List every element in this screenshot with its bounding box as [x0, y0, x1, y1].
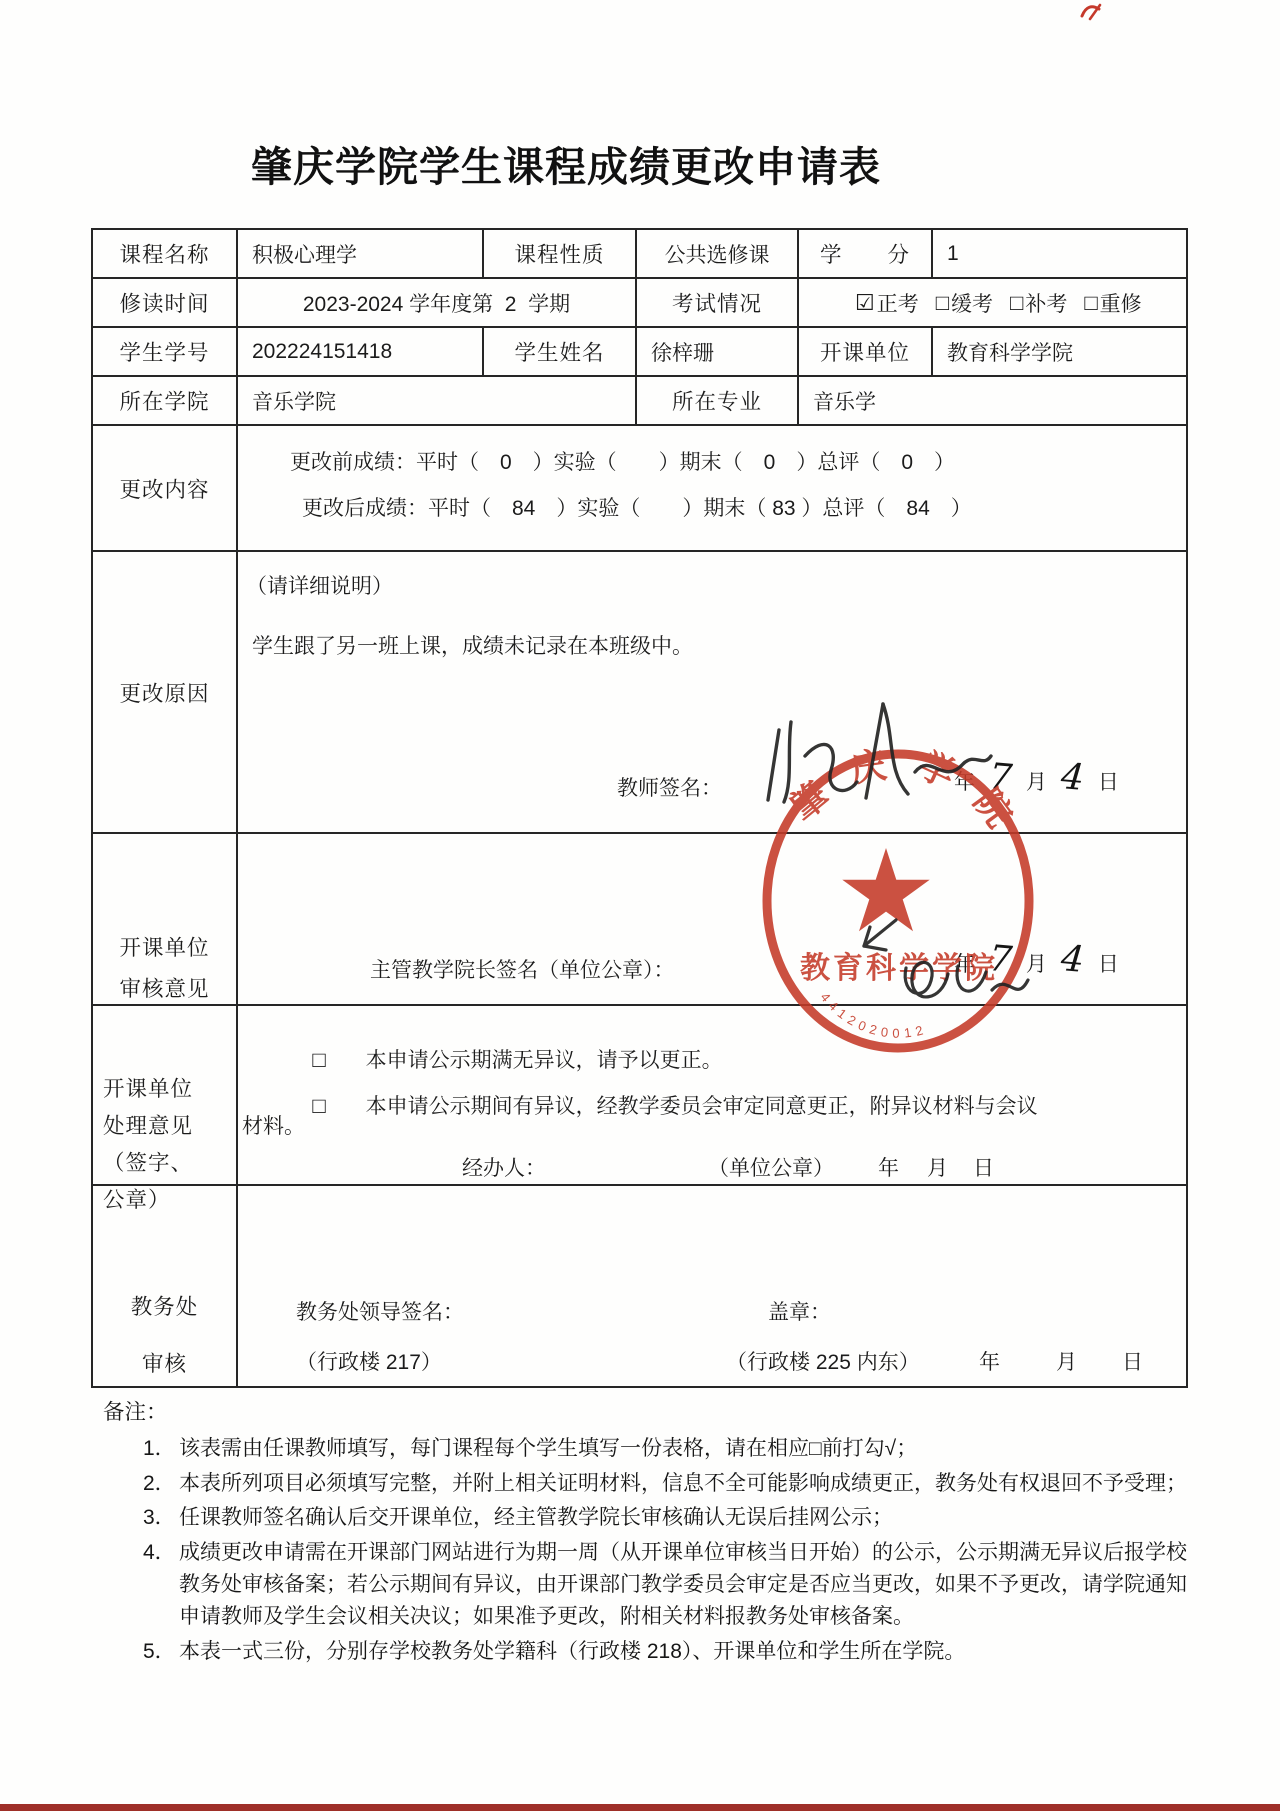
- decision-option-2-text: 本申请公示期间有异议，经教学委员会审定同意更正，附异议材料与会议: [366, 1095, 1038, 1118]
- checkbox-icon: □: [936, 290, 949, 316]
- note-number: 1．: [143, 1433, 179, 1465]
- operator-seal-hint: （单位公章）: [708, 1152, 834, 1182]
- unit-review-value: 主管教学院长签名（单位公章）： 年 7 月 4 日: [238, 834, 1186, 1004]
- college-value: 音乐学院: [238, 377, 637, 424]
- page-title: 肇庆学院学生课程成绩更改申请表: [91, 134, 1041, 193]
- note-item-1: 1． 该表需由任课教师填写，每门课程每个学生填写一份表格，请在相应□前打勾√；: [103, 1433, 1191, 1465]
- note-text: 任课教师签名确认后交开课单位，经主管教学院长审核确认无误后挂网公示；: [179, 1502, 1191, 1534]
- major-label: 所在专业: [637, 377, 799, 424]
- exam-option-retake: □ 重修: [1084, 288, 1141, 318]
- academic-review-label: 教务处 审核: [93, 1186, 238, 1386]
- student-name-label: 学生姓名: [484, 328, 637, 375]
- scanned-form-page: 肇庆学院学生课程成绩更改申请表 课程名称 积极心理学 课程性质 公共选修课 学 …: [0, 0, 1280, 1811]
- decision-option-2-wrap: 材料。: [242, 1110, 305, 1140]
- teacher-sign-label: 教师签名：: [617, 772, 722, 802]
- checkbox-icon: □: [1010, 290, 1023, 316]
- academic-sign-location: （行政楼 217）: [296, 1346, 442, 1376]
- unit-review-label-line2: 审核意见: [93, 972, 236, 1003]
- exam-option-label: 缓考: [951, 288, 993, 318]
- note-number: 2．: [143, 1468, 179, 1500]
- day-char: 日: [1098, 766, 1119, 796]
- exam-status-options: ☑ 正考 □ 缓考 □ 补考 □ 重修: [799, 279, 1186, 326]
- checkbox-icon: □: [1084, 290, 1097, 316]
- academic-review-value: 教务处领导签名： 盖章： （行政楼 217） （行政楼 225 内东） 年 月 …: [238, 1186, 1186, 1386]
- note-number: 5．: [143, 1636, 179, 1668]
- note-item-3: 3． 任课教师签名确认后交开课单位，经主管教学院长审核确认无误后挂网公示；: [103, 1502, 1191, 1534]
- college-row: 所在学院 音乐学院 所在专业 音乐学: [93, 377, 1186, 426]
- student-name-value: 徐梓珊: [637, 328, 799, 375]
- unit-decision-label-line2: 处理意见: [103, 1109, 193, 1140]
- student-id-label: 学生学号: [93, 328, 238, 375]
- change-content-value: 更改前成绩：平时（ 0 ）实验（ ）期末（ 0 ）总评（ 0 ） 更改后成绩：平…: [238, 426, 1186, 550]
- year-char: 年: [878, 1152, 899, 1182]
- note-text: 本表一式三份，分别存学校教务处学籍科（行政楼 218）、开课单位和学生所在学院。: [179, 1636, 1191, 1668]
- dean-signature-handwriting: [856, 910, 1034, 1028]
- notes-heading: 备注：: [103, 1396, 1191, 1429]
- major-value: 音乐学: [799, 377, 1186, 424]
- offering-unit-label: 开课单位: [799, 328, 933, 375]
- student-id-value: 202224151418: [238, 328, 484, 375]
- exam-option-label: 补考: [1025, 288, 1067, 318]
- exam-option-label: 正考: [877, 288, 919, 318]
- scores-after-line: 更改后成绩：平时（ 84 ）实验（ ）期末（ 83 ）总评（ 84 ）: [302, 492, 972, 522]
- academic-review-label-line1: 教务处: [93, 1290, 236, 1321]
- year-char: 年: [979, 1346, 1000, 1376]
- academic-review-row: 教务处 审核 教务处领导签名： 盖章： （行政楼 217） （行政楼 225 内…: [93, 1186, 1186, 1386]
- unit-decision-value: □本申请公示期满无异议，请予以更正。 □本申请公示期间有异议，经教学委员会审定同…: [238, 1006, 1186, 1184]
- note-text: 成绩更改申请需在开课部门网站进行为期一周（从开课单位审核当日开始）的公示，公示期…: [179, 1537, 1191, 1633]
- course-row: 课程名称 积极心理学 课程性质 公共选修课 学 分 1: [93, 230, 1186, 279]
- operator-label: 经办人：: [462, 1152, 546, 1182]
- credit-label: 学 分: [799, 230, 933, 277]
- unit-decision-label-line1: 开课单位: [103, 1072, 193, 1103]
- checkbox-checked-icon: ☑: [855, 290, 875, 316]
- course-nature-value: 公共选修课: [637, 230, 799, 277]
- handwritten-day-digit: 4: [1059, 759, 1085, 797]
- unit-review-label: 开课单位 审核意见: [93, 834, 238, 1004]
- checkbox-icon: □: [312, 1093, 325, 1118]
- notes-section: 备注： 1． 该表需由任课教师填写，每门课程每个学生填写一份表格，请在相应□前打…: [103, 1396, 1191, 1671]
- scan-edge-line: [0, 1804, 1280, 1811]
- note-item-2: 2． 本表所列项目必须填写完整，并附上相关证明材料，信息不全可能影响成绩更正，教…: [103, 1468, 1191, 1500]
- teacher-signature-handwriting: [763, 690, 995, 832]
- exam-status-label: 考试情况: [637, 279, 799, 326]
- unit-decision-label-line3: （签字、: [103, 1146, 193, 1177]
- note-text: 本表所列项目必须填写完整，并附上相关证明材料，信息不全可能影响成绩更正，教务处有…: [179, 1468, 1191, 1500]
- period-value: 2023-2024 学年度第 2 学期: [238, 279, 637, 326]
- academic-sign-label: 教务处领导签名：: [296, 1296, 464, 1326]
- period-label: 修读时间: [93, 279, 238, 326]
- college-label: 所在学院: [93, 377, 238, 424]
- reason-text: 学生跟了另一班上课，成绩未记录在本班级中。: [252, 630, 693, 660]
- note-number: 3．: [143, 1502, 179, 1534]
- handwritten-day-digit: 4: [1059, 941, 1085, 979]
- note-item-4: 4． 成绩更改申请需在开课部门网站进行为期一周（从开课单位审核当日开始）的公示，…: [103, 1537, 1191, 1633]
- period-row: 修读时间 2023-2024 学年度第 2 学期 考试情况 ☑ 正考 □ 缓考 …: [93, 279, 1186, 328]
- academic-review-label-line2: 审核: [93, 1347, 236, 1378]
- note-number: 4．: [143, 1537, 179, 1633]
- course-name-label: 课程名称: [93, 230, 238, 277]
- dean-sign-label: 主管教学院长签名（单位公章）：: [370, 954, 675, 984]
- change-reason-value: （请详细说明） 学生跟了另一班上课，成绩未记录在本班级中。 教师签名： 年 7 …: [238, 552, 1186, 832]
- red-ink-mark: [1078, 2, 1104, 22]
- month-char: 月: [927, 1152, 948, 1182]
- exam-option-regular: ☑ 正考: [855, 288, 919, 318]
- note-item-5: 5． 本表一式三份，分别存学校教务处学籍科（行政楼 218）、开课单位和学生所在…: [103, 1636, 1191, 1668]
- exam-option-label: 重修: [1100, 288, 1142, 318]
- course-nature-label: 课程性质: [484, 230, 637, 277]
- unit-decision-label: 开课单位 处理意见 （签字、 公章）: [93, 1006, 238, 1184]
- day-char: 日: [1098, 948, 1119, 978]
- offering-unit-value: 教育科学学院: [933, 328, 1186, 375]
- reason-hint: （请详细说明）: [246, 570, 393, 600]
- change-content-row: 更改内容 更改前成绩：平时（ 0 ）实验（ ）期末（ 0 ）总评（ 0 ） 更改…: [93, 426, 1186, 552]
- change-reason-label: 更改原因: [93, 552, 238, 832]
- course-name-value: 积极心理学: [238, 230, 484, 277]
- academic-seal-label: 盖章：: [768, 1296, 831, 1326]
- month-char: 月: [1056, 1346, 1077, 1376]
- exam-option-makeup: □ 补考: [1010, 288, 1067, 318]
- unit-review-label-line1: 开课单位: [93, 931, 236, 962]
- credit-value: 1: [933, 230, 1186, 277]
- decision-option-2: □本申请公示期间有异议，经教学委员会审定同意更正，附异议材料与会议: [254, 1066, 1038, 1144]
- change-content-label: 更改内容: [93, 426, 238, 550]
- exam-option-deferred: □ 缓考: [936, 288, 993, 318]
- note-text: 该表需由任课教师填写，每门课程每个学生填写一份表格，请在相应□前打勾√；: [179, 1433, 1191, 1465]
- day-char: 日: [1122, 1346, 1143, 1376]
- day-char: 日: [973, 1152, 994, 1182]
- scores-before-line: 更改前成绩：平时（ 0 ）实验（ ）期末（ 0 ）总评（ 0 ）: [290, 446, 955, 476]
- student-row: 学生学号 202224151418 学生姓名 徐梓珊 开课单位 教育科学学院: [93, 328, 1186, 377]
- academic-seal-location: （行政楼 225 内东）: [726, 1346, 920, 1376]
